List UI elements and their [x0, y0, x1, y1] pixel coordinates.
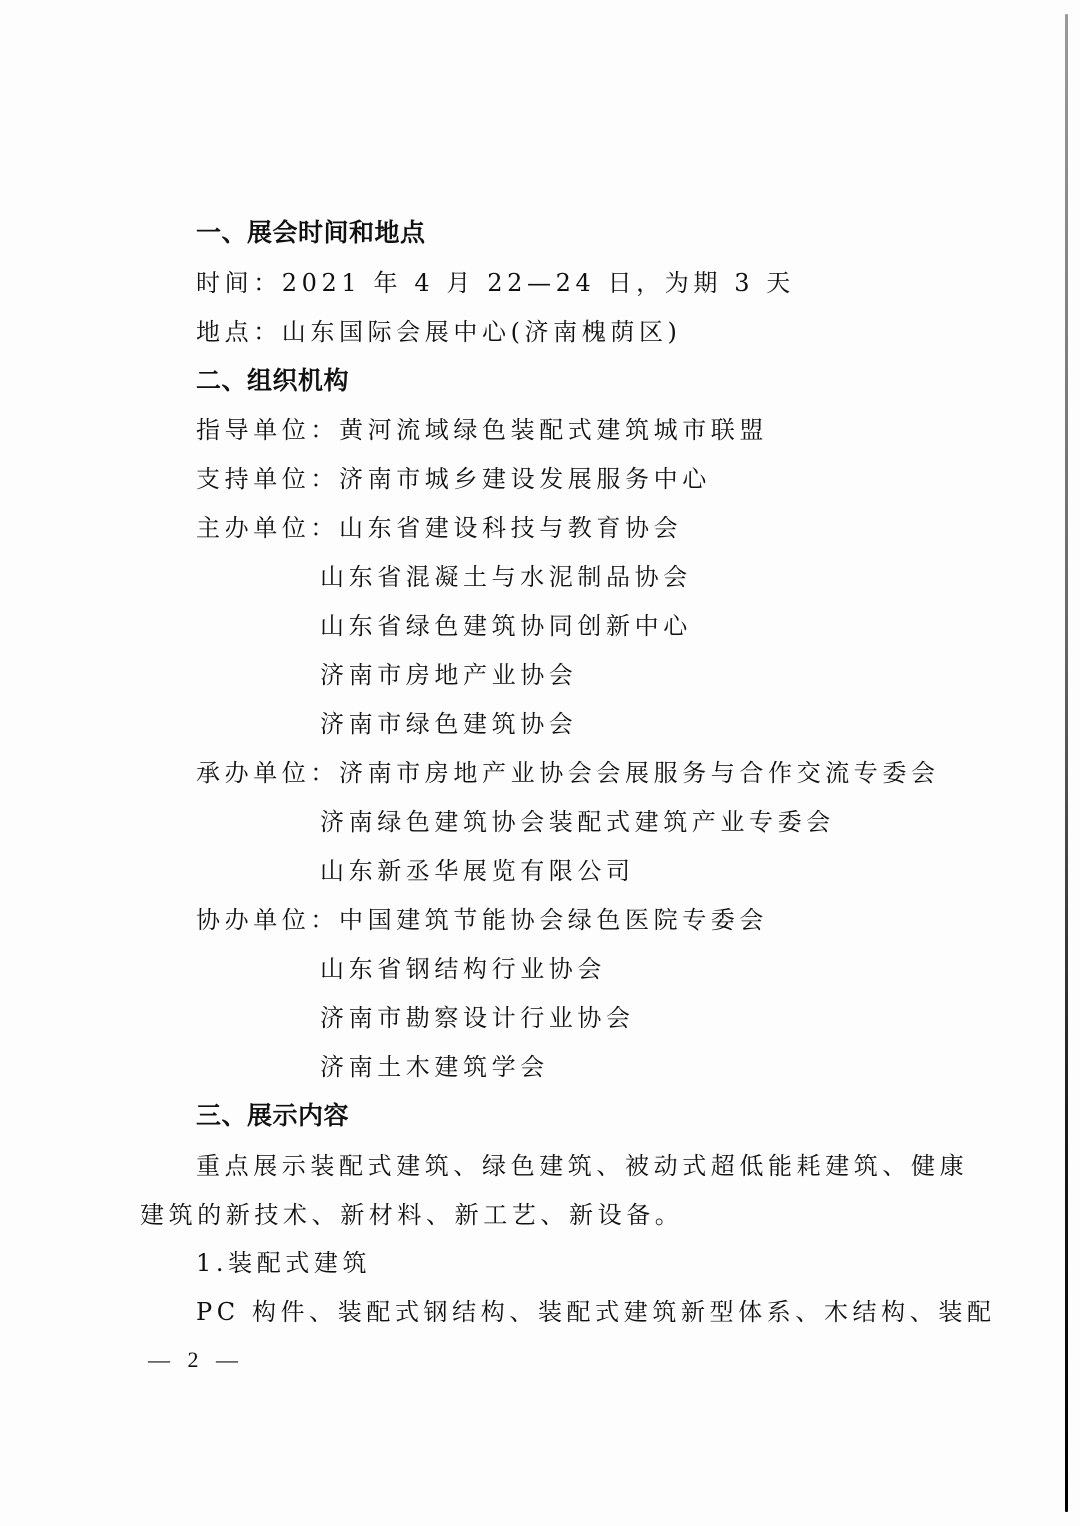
section-heading-time-location: 一、展会时间和地点	[196, 218, 426, 248]
organizing-unit-label: 承办单位：	[196, 758, 339, 788]
co-organizing-unit-value: 中国建筑节能协会绿色医院专委会	[339, 906, 768, 934]
event-time: 时间：2021 年 4 月 22—24 日，为期 3 天	[196, 268, 795, 298]
section-heading-organizers: 二、组织机构	[196, 366, 349, 396]
document-page: 一、展会时间和地点 时间：2021 年 4 月 22—24 日，为期 3 天 地…	[0, 0, 1080, 1526]
section-heading-exhibits: 三、展示内容	[196, 1101, 349, 1131]
organizing-unit-value: 济南市房地产业协会会展服务与合作交流专委会	[339, 759, 940, 787]
exhibits-paragraph-line-1: 重点展示装配式建筑、绿色建筑、被动式超低能耗建筑、健康	[196, 1151, 968, 1181]
host-unit-item: 山东省绿色建筑协同创新中心	[320, 611, 692, 641]
prefab-paragraph-line: PC 构件、装配式钢结构、装配式建筑新型体系、木结构、装配	[196, 1297, 996, 1327]
co-organizing-unit-label: 协办单位：	[196, 905, 339, 935]
guiding-unit-label: 指导单位：	[196, 415, 339, 445]
guiding-unit-row: 指导单位：黄河流域绿色装配式建筑城市联盟	[196, 415, 768, 445]
organizing-unit-item: 济南绿色建筑协会装配式建筑产业专委会	[320, 807, 835, 837]
host-unit-item: 济南市房地产业协会	[320, 660, 577, 690]
host-unit-item: 山东省混凝土与水泥制品协会	[320, 562, 692, 592]
event-location: 地点：山东国际会展中心(济南槐荫区)	[196, 317, 682, 347]
supporting-unit-label: 支持单位：	[196, 464, 339, 494]
host-unit-value: 山东省建设科技与教育协会	[339, 514, 682, 542]
exhibits-paragraph-line-2: 建筑的新技术、新材料、新工艺、新设备。	[140, 1200, 683, 1230]
page-number: — 2 —	[148, 1346, 244, 1374]
page-edge-line	[1065, 14, 1068, 1512]
co-organizing-unit-item: 山东省钢结构行业协会	[320, 954, 606, 984]
organizing-unit-item: 山东新丞华展览有限公司	[320, 856, 635, 886]
supporting-unit-row: 支持单位：济南市城乡建设发展服务中心	[196, 464, 711, 494]
subsection-heading-prefab: 1.装配式建筑	[196, 1248, 371, 1278]
guiding-unit-value: 黄河流域绿色装配式建筑城市联盟	[339, 416, 768, 444]
host-unit-row: 主办单位：山东省建设科技与教育协会	[196, 513, 682, 543]
organizing-unit-row: 承办单位：济南市房地产业协会会展服务与合作交流专委会	[196, 758, 940, 788]
supporting-unit-value: 济南市城乡建设发展服务中心	[339, 465, 711, 493]
co-organizing-unit-item: 济南市勘察设计行业协会	[320, 1003, 635, 1033]
co-organizing-unit-row: 协办单位：中国建筑节能协会绿色医院专委会	[196, 905, 768, 935]
host-unit-label: 主办单位：	[196, 513, 339, 543]
co-organizing-unit-item: 济南土木建筑学会	[320, 1052, 549, 1082]
host-unit-item: 济南市绿色建筑协会	[320, 709, 577, 739]
